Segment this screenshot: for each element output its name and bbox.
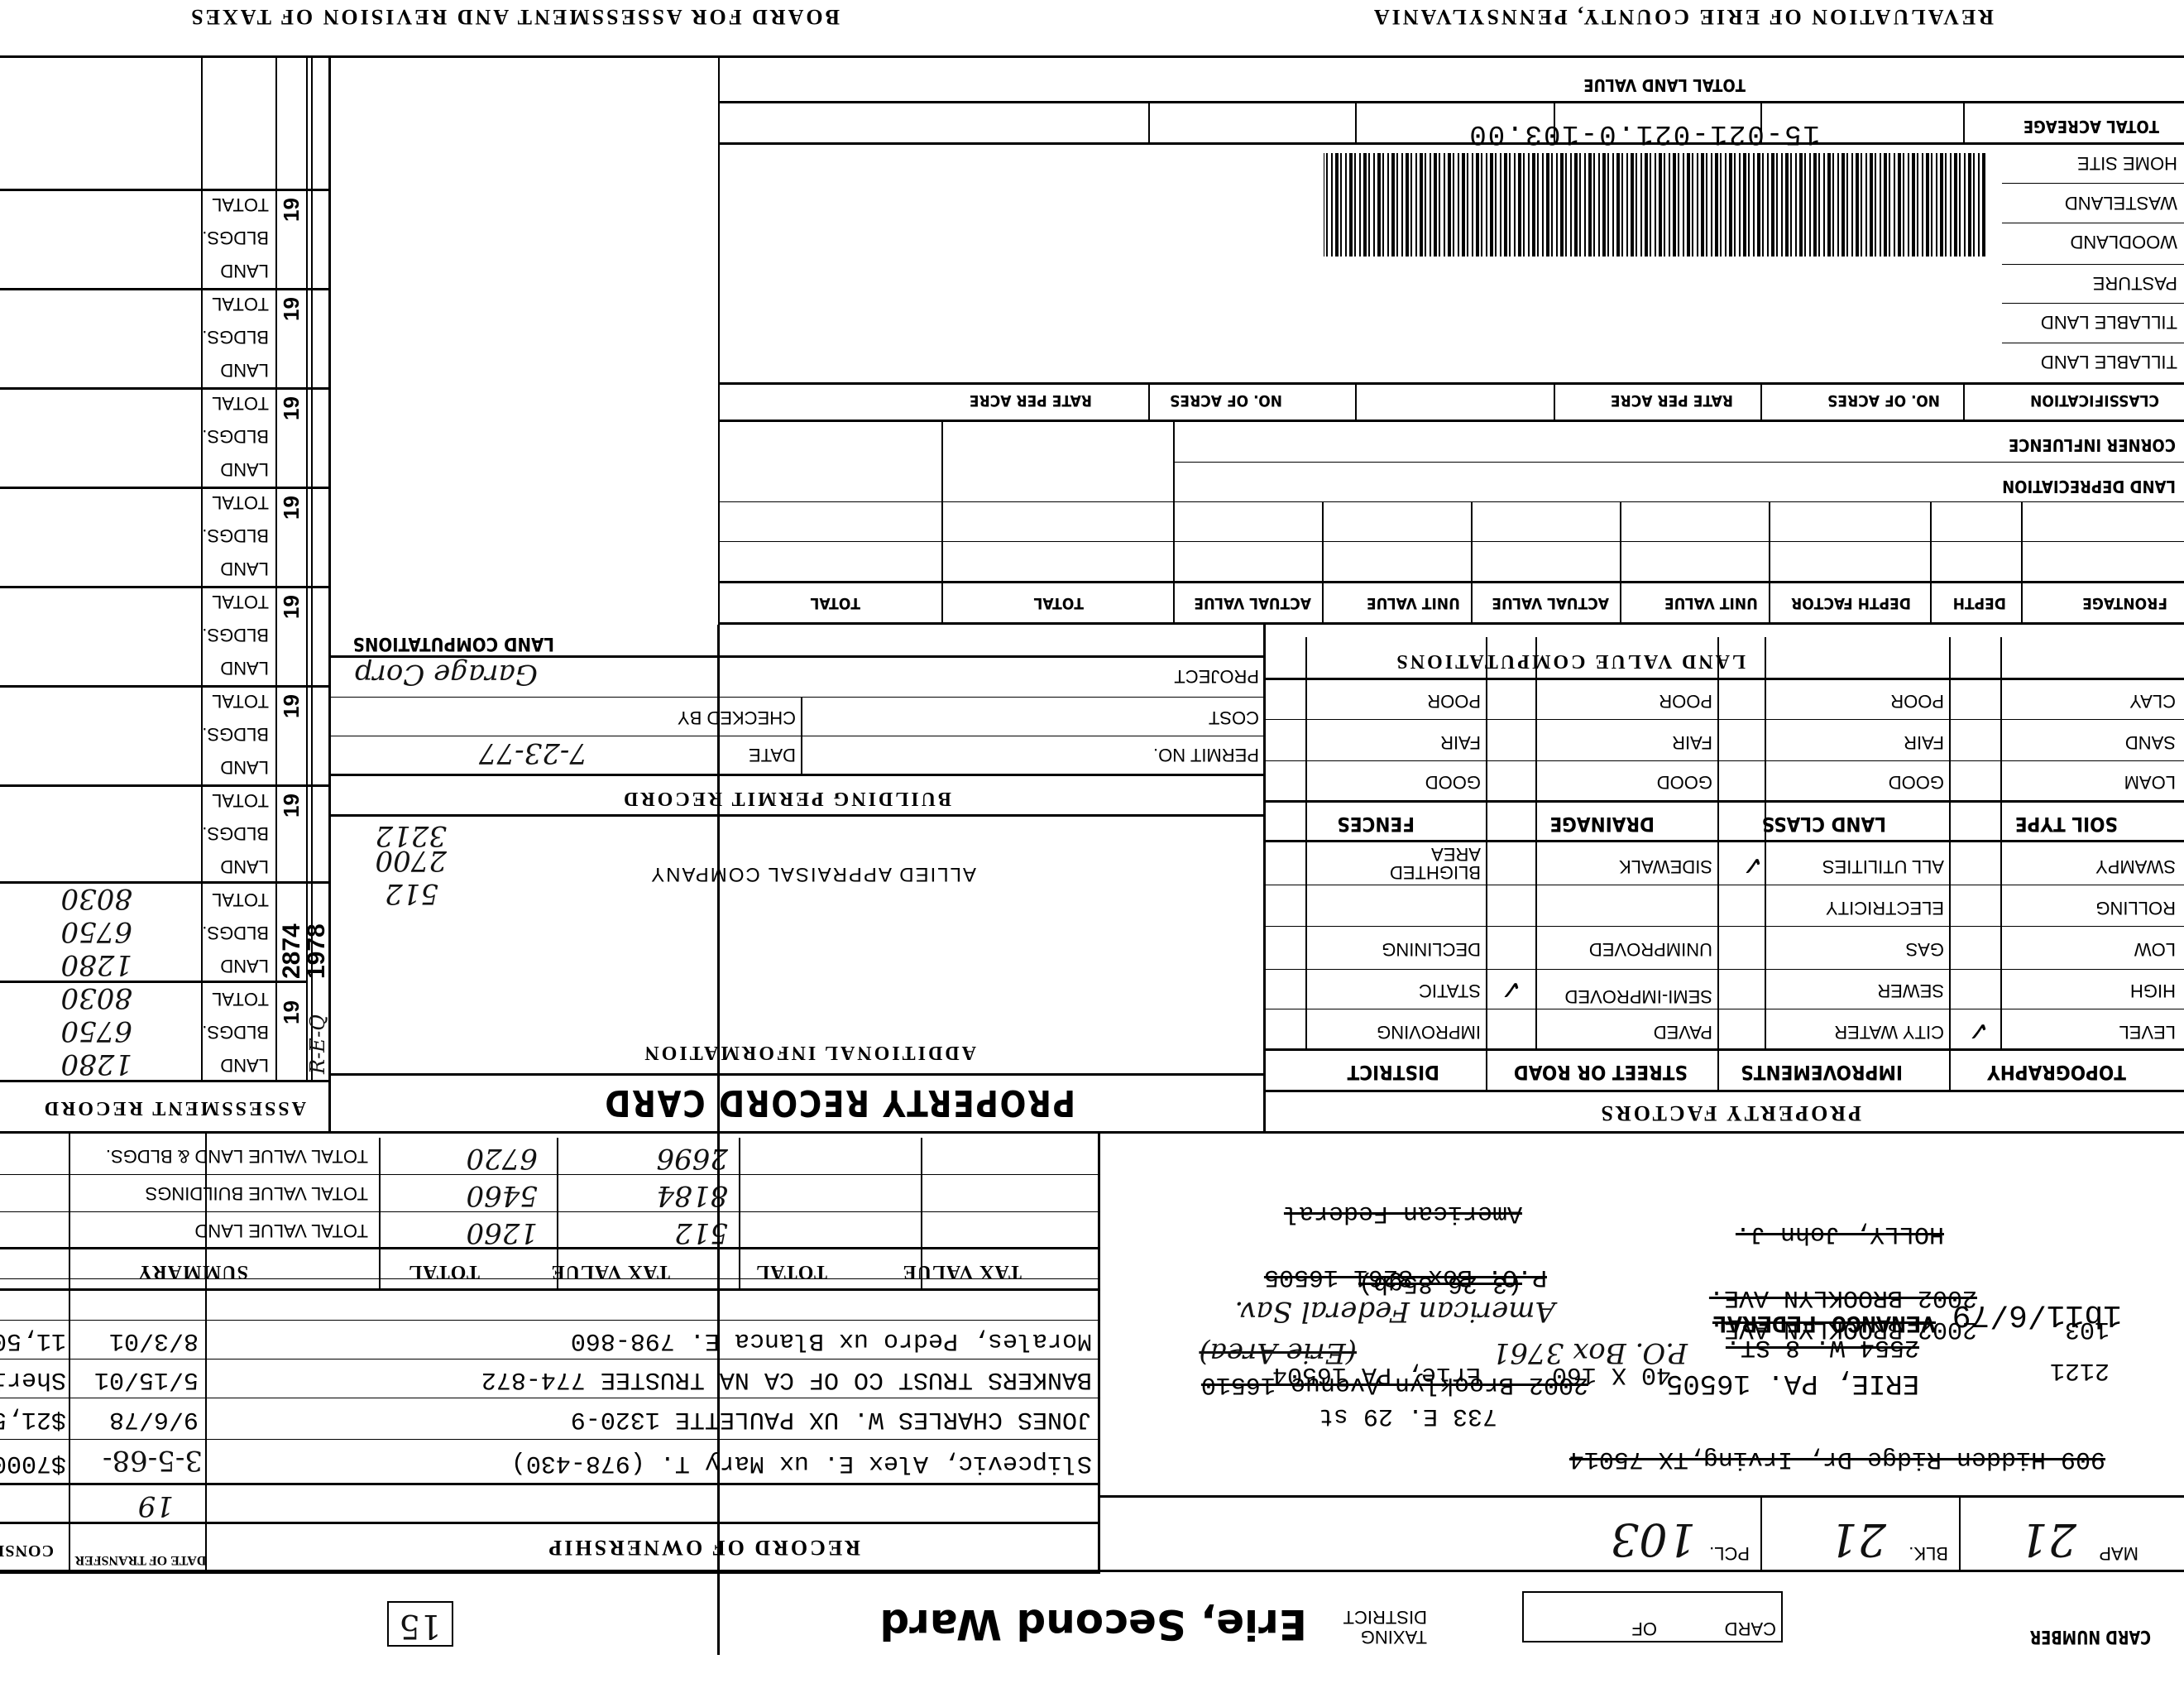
additional-info-title: ADDITIONAL INFORMATION bbox=[642, 1041, 976, 1063]
ownership-row: JONES CHARLES W. UX PAULETTE 1320-9 9/6/… bbox=[0, 1398, 1100, 1440]
board-title: BOARD FOR ASSESSMENT AND REVISION OF TAX… bbox=[189, 4, 840, 29]
ownership-row: Morales, Pedro ux Blanca E. 798-860 8/3/… bbox=[0, 1321, 1100, 1360]
blk-value: 21 bbox=[1829, 1513, 1886, 1566]
map-value: 21 bbox=[2019, 1513, 2076, 1566]
property-factors-title: PROPERTY FACTORS bbox=[1599, 1101, 1861, 1125]
summary-row-land: 512 1260 TOTAL VALUE LAND bbox=[0, 1212, 1100, 1249]
summary-table: TAX VALUE TOTAL TAX VALUE TOTAL SUMMARY … bbox=[0, 1138, 1100, 1291]
ownership-row: 19 bbox=[0, 1485, 1100, 1524]
pcl-value: 103 bbox=[1611, 1513, 1696, 1566]
appraisal-company: ALLIED APPRAISAL COMPANY bbox=[649, 862, 976, 885]
ownership-row: BANKERS TRUST CO OF CA NA TRUSTEE 774-87… bbox=[0, 1360, 1100, 1398]
land-value-grid: FRONTAGE DEPTH DEPTH FACTOR UNIT VALUE A… bbox=[720, 422, 2184, 625]
land-value-computations-title: LAND VALUE COMPUTATIONS bbox=[1394, 650, 1746, 672]
building-permit-title: BUILDING PERMIT RECORD bbox=[621, 787, 951, 809]
property-record-card-title: PROPERTY RECORD CARD bbox=[604, 1081, 1075, 1124]
land-computations-area bbox=[331, 58, 720, 625]
middle-panel: PROPERTY RECORD CARD ADDITIONAL INFORMAT… bbox=[331, 625, 1266, 1134]
summary-title: SUMMARY bbox=[137, 1260, 248, 1283]
factor-level: LEVEL bbox=[2119, 1021, 2177, 1043]
map-blk-pcl: MAP 21 BLK. 21 PCL. 103 bbox=[1100, 1498, 2184, 1572]
barcode bbox=[1324, 153, 1985, 257]
property-record-card: REVALUATION OF ERIE COUNTY, PENNSYLVANIA… bbox=[0, 0, 2184, 1688]
check-mark-icon: ✓ bbox=[1741, 850, 1764, 881]
ward-box: 15 bbox=[387, 1601, 453, 1647]
permit-date-value: 7-23-77 bbox=[479, 736, 587, 770]
assessment-title: ASSESSMENT RECORD bbox=[42, 1096, 306, 1119]
property-factors: PROPERTY FACTORS TOPOGRAPHY IMPROVEMENTS… bbox=[1266, 629, 2184, 1134]
taxing-district-label: TAXING DISTRICT bbox=[1319, 1607, 1427, 1647]
summary-row-buildings: 8184 5460 TOTAL VALUE BUILDINGS bbox=[0, 1175, 1100, 1212]
project-value: Garage Corp bbox=[355, 658, 538, 691]
assessment-block: 2874 1978 LAND 1280 BLDGS. 6750 TOTAL 80… bbox=[0, 884, 331, 983]
summary-row-land-bldgs: 2696 6720 TOTAL VALUE LAND & BLDGS. bbox=[0, 1138, 1100, 1175]
revaluation-title: REVALUATION OF ERIE COUNTY, PENNSYLVANIA bbox=[1372, 4, 1994, 29]
card-number-label: CARD NUMBER bbox=[2030, 1626, 2151, 1647]
barcode-text: 15-021-021.0-103.00 bbox=[1468, 117, 1820, 149]
check-mark-icon: ✓ bbox=[1967, 1015, 1990, 1047]
assessment-blank-blocks: 19LANDBLDGS.TOTAL 19LANDBLDGS.TOTAL 19LA… bbox=[0, 58, 331, 884]
ownership-row: Slipcevic, Alex E. ux Mary T. (978-430) … bbox=[0, 1440, 1100, 1485]
check-mark-icon: ✓ bbox=[1500, 974, 1522, 1005]
taxing-district-value: Erie, Second Ward bbox=[879, 1600, 1307, 1648]
assessment-block: R-E-Q 19 LAND 1280 BLDGS. 6750 TOTAL 803… bbox=[0, 983, 331, 1082]
card-of-box[interactable]: CARD OF bbox=[1522, 1591, 1783, 1642]
ownership-title: RECORD OF OWNERSHIP bbox=[546, 1535, 860, 1560]
